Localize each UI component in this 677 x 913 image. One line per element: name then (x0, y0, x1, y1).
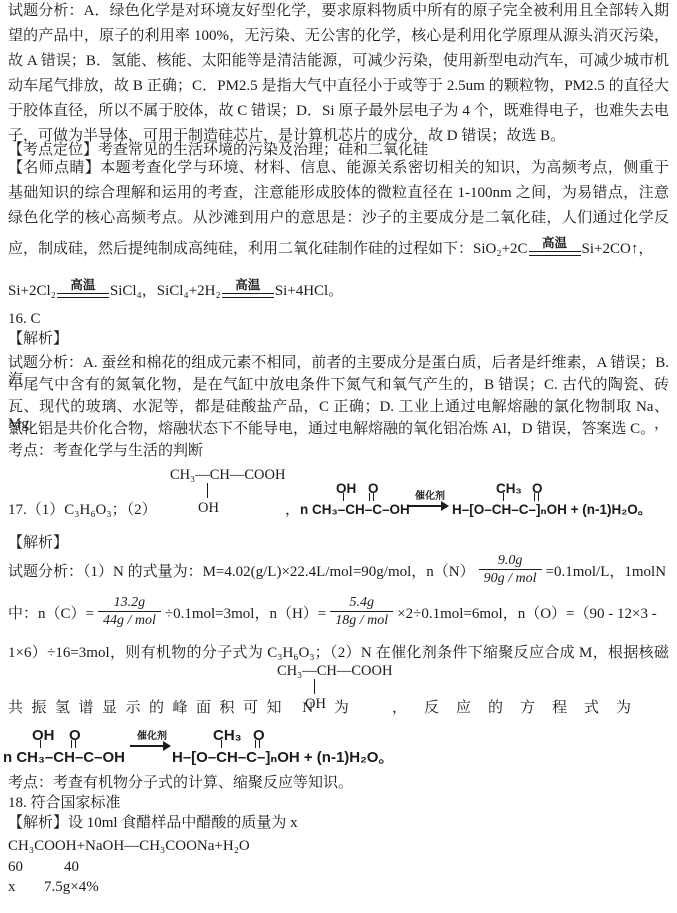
calc-text: =0.1mol/L，1molN (546, 560, 667, 581)
double-line (222, 293, 274, 298)
lactic-acid-structure: CH₃—CH—COOH OH (277, 664, 387, 710)
molar-mass-value: 40 (64, 859, 79, 876)
q15-analysis-line: 于胶体直径，所以不属于胶体，故 C 错误；D．Si 原子最外层电子为 4 个，既… (8, 103, 669, 120)
teacher-note-line: 基础知识的综合理解和运用的考查，注意能形成胶体的微粒直径在 1-100nm 之间… (8, 185, 669, 202)
fraction: 9.0g90g / mol (479, 553, 542, 587)
q18-jiexi-line: 【解析】设 10ml 食醋样品中醋酸的质量为 x (8, 815, 669, 832)
lactic-acid-structure: CH₃—CH—COOH OH (170, 468, 280, 514)
polycondensation-equation: OH O n CH₃–CH–C–OH 催化剂 CH₃ O H–[O–CH–C–]… (0, 726, 677, 774)
q15-analysis-line: 动车尾气排放，故 B 正确；C．PM2.5 是指大气中直径小于或等于 2.5um… (8, 78, 669, 95)
equation-text: 应，制成硅，然后提纯制成高纯硅，利用二氧化硅制作硅的过程如下：SiO₂+2C (8, 241, 528, 257)
reaction-condition: 高温 (57, 293, 109, 298)
hydroxyl-label: OH (305, 697, 326, 712)
molar-mass-value: 60 (8, 859, 23, 876)
hydroxyl-label: OH (198, 501, 219, 516)
teacher-note-line: 绿色化学的核心高频考点。从沙滩到用户的意思是：沙子的主要成分是二氧化硅，人们通过… (8, 210, 669, 227)
single-bond (343, 493, 344, 501)
q16-analysis-line: 氯化铝是共价化合物，熔融状态下不能导电，通过电解熔融的氧化铝冶炼 Al，D 错误… (8, 421, 669, 438)
q17-exam-point: 考点：考查有机物分子式的计算、缩聚反应等知识。 (8, 775, 669, 792)
equation-text: Si+4HCl。 (275, 283, 343, 299)
double-line (57, 293, 109, 298)
monomer-formula: n CH₃–CH–C–OH (3, 750, 125, 765)
single-bond (503, 493, 504, 501)
teacher-note-line: 【名师点睛】本题考查化学与环境、材料、信息、能源关系密切相关的知识，为高频考点，… (8, 160, 669, 177)
equation-text: Si+2Cl₂ (8, 283, 56, 299)
calc-text: 试题分析：（1）N 的式量为：M=4.02(g/L)×22.4L/mol=90g… (8, 560, 475, 581)
fraction: 13.2g44g / mol (98, 595, 161, 629)
double-line (529, 251, 581, 256)
polymer-product-structure: CH₃ O H–[O–CH–C–]ₙOH + (n-1)H₂O。 (452, 482, 672, 518)
methyl-label: CH₃ (496, 482, 522, 496)
reaction-condition: 高温 (529, 251, 581, 256)
double-bond (71, 740, 76, 748)
nmr-text: ，反应的方程式为 (392, 700, 648, 717)
separator-comma: ， (285, 502, 300, 519)
hydroxyl-label: OH (336, 482, 356, 496)
silicon-equation-1: 应，制成硅，然后提纯制成高纯硅，利用二氧化硅制作硅的过程如下：SiO₂+2C高温… (8, 241, 669, 258)
condition-label: 高温 (235, 279, 260, 292)
double-bond (534, 493, 539, 501)
arrow-shaft (130, 745, 168, 747)
single-bond (314, 679, 315, 694)
double-bond (369, 493, 374, 501)
polymer-product-structure: CH₃ O H–[O–CH–C–]ₙOH + (n-1)H₂O。 (172, 726, 422, 766)
unknown-mass: x (8, 879, 16, 896)
q15-analysis-line: 试题分析：A．绿色化学是对环境友好型化学，要求原料物质中所有的原子完全被利用且全… (8, 3, 669, 20)
q16-jiexi-label: 【解析】 (8, 331, 669, 348)
fraction-numerator: 5.4g (344, 595, 379, 611)
structure-formula: CH₃—CH—COOH (170, 468, 285, 483)
fraction-numerator: 9.0g (493, 553, 528, 569)
calc-text: ÷0.1mol=3mol，n（H）= (165, 602, 326, 623)
reaction-arrow: 催化剂 (130, 732, 174, 758)
monomer-structure: OH O n CH₃–CH–C–OH (3, 726, 129, 766)
product-formula: H–[O–CH–C–]ₙOH + (n-1)H₂O。 (172, 750, 393, 765)
reaction-condition: 高温 (222, 293, 274, 298)
double-bond (255, 740, 260, 748)
q17-answer-text: 17.（1）C₃H₆O₃；（2） (8, 502, 157, 519)
hydroxyl-label: OH (32, 728, 55, 743)
condition-label: 高温 (70, 279, 95, 292)
q18-answer: 18. 符合国家标准 (8, 795, 669, 812)
calc-text: 中：n（C）= (8, 602, 94, 623)
q15-analysis-line: 望的产品中，原子的利用率 100%，无污染、无公害的化学，核心是利用化学原理从源… (8, 28, 669, 45)
q16-answer: 16. C (8, 311, 669, 328)
product-formula: H–[O–CH–C–]ₙOH + (n-1)H₂O。 (452, 503, 651, 517)
q16-analysis-line: 车尾气中含有的氮氧化物，是在气缸中放电条件下氮气和氧气产生的，B 错误；C. 古… (8, 377, 669, 394)
equation-text: SiCl₄，SiCl₄+2H₂ (110, 283, 221, 299)
calc-text: ×2÷0.1mol=6mol，n（O）=（90 - 12×3 - (397, 602, 657, 623)
q17-answer-row: 17.（1）C₃H₆O₃；（2） CH₃—CH—COOH OH ， OH O n… (0, 460, 677, 534)
single-bond (40, 740, 41, 748)
fraction-denominator: 18g / mol (330, 611, 393, 629)
reaction-arrow: 催化剂 (408, 492, 452, 518)
sample-mass: 7.5g×4% (44, 879, 99, 896)
methyl-label: CH₃ (213, 728, 242, 743)
fraction: 5.4g18g / mol (330, 595, 393, 629)
q18-molar-mass-row: 60 40 (0, 859, 677, 876)
equation-text: Si+2CO↑， (582, 241, 654, 257)
single-bond (207, 483, 208, 498)
q17-calc-line-1: 试题分析：（1）N 的式量为：M=4.02(g/L)×22.4L/mol=90g… (8, 550, 666, 590)
fraction-denominator: 90g / mol (479, 569, 542, 587)
structure-formula: CH₃—CH—COOH (277, 664, 392, 679)
monomer-formula: n CH₃–CH–C–OH (300, 503, 410, 517)
q17-calc-line-2: 中：n（C）= 13.2g44g / mol ÷0.1mol=3mol，n（H）… (8, 592, 657, 632)
q16-exam-point: 考点：考查化学与生活的判断 (8, 443, 669, 460)
condition-label: 高温 (542, 237, 567, 250)
fraction-denominator: 44g / mol (98, 611, 161, 629)
silicon-equation-2: Si+2Cl₂高温SiCl₄，SiCl₄+2H₂高温Si+4HCl。 (8, 283, 669, 300)
exam-answer-document: 试题分析：A．绿色化学是对环境友好型化学，要求原料物质中所有的原子完全被利用且全… (0, 0, 677, 913)
single-bond (221, 740, 222, 748)
fraction-numerator: 13.2g (109, 595, 151, 611)
q17-calc-line-3: 1×6）÷16=3mol，则有机物的分子式为 C₃H₆O₃；（2）N 在催化剂条… (8, 645, 669, 662)
monomer-structure: OH O n CH₃–CH–C–OH (300, 482, 408, 518)
q18-equation: CH₃COOH+NaOH—CH₃COONa+H₂O (8, 838, 669, 855)
q15-analysis-line: 故 A 错误；B．氢能、核能、太阳能等是清洁能源，可减少污染，使用新型电动汽车，… (8, 53, 669, 70)
q17-nmr-row: 共振氢谱显示的峰面积可知 N 为 CH₃—CH—COOH OH ，反应的方程式为 (0, 662, 677, 720)
q15-exam-point: 【考点定位】考查常见的生活环境的污染及治理；硅和二氧化硅 (8, 142, 669, 159)
q18-mass-row: x 7.5g×4% (0, 879, 677, 896)
arrow-shaft (408, 505, 446, 507)
